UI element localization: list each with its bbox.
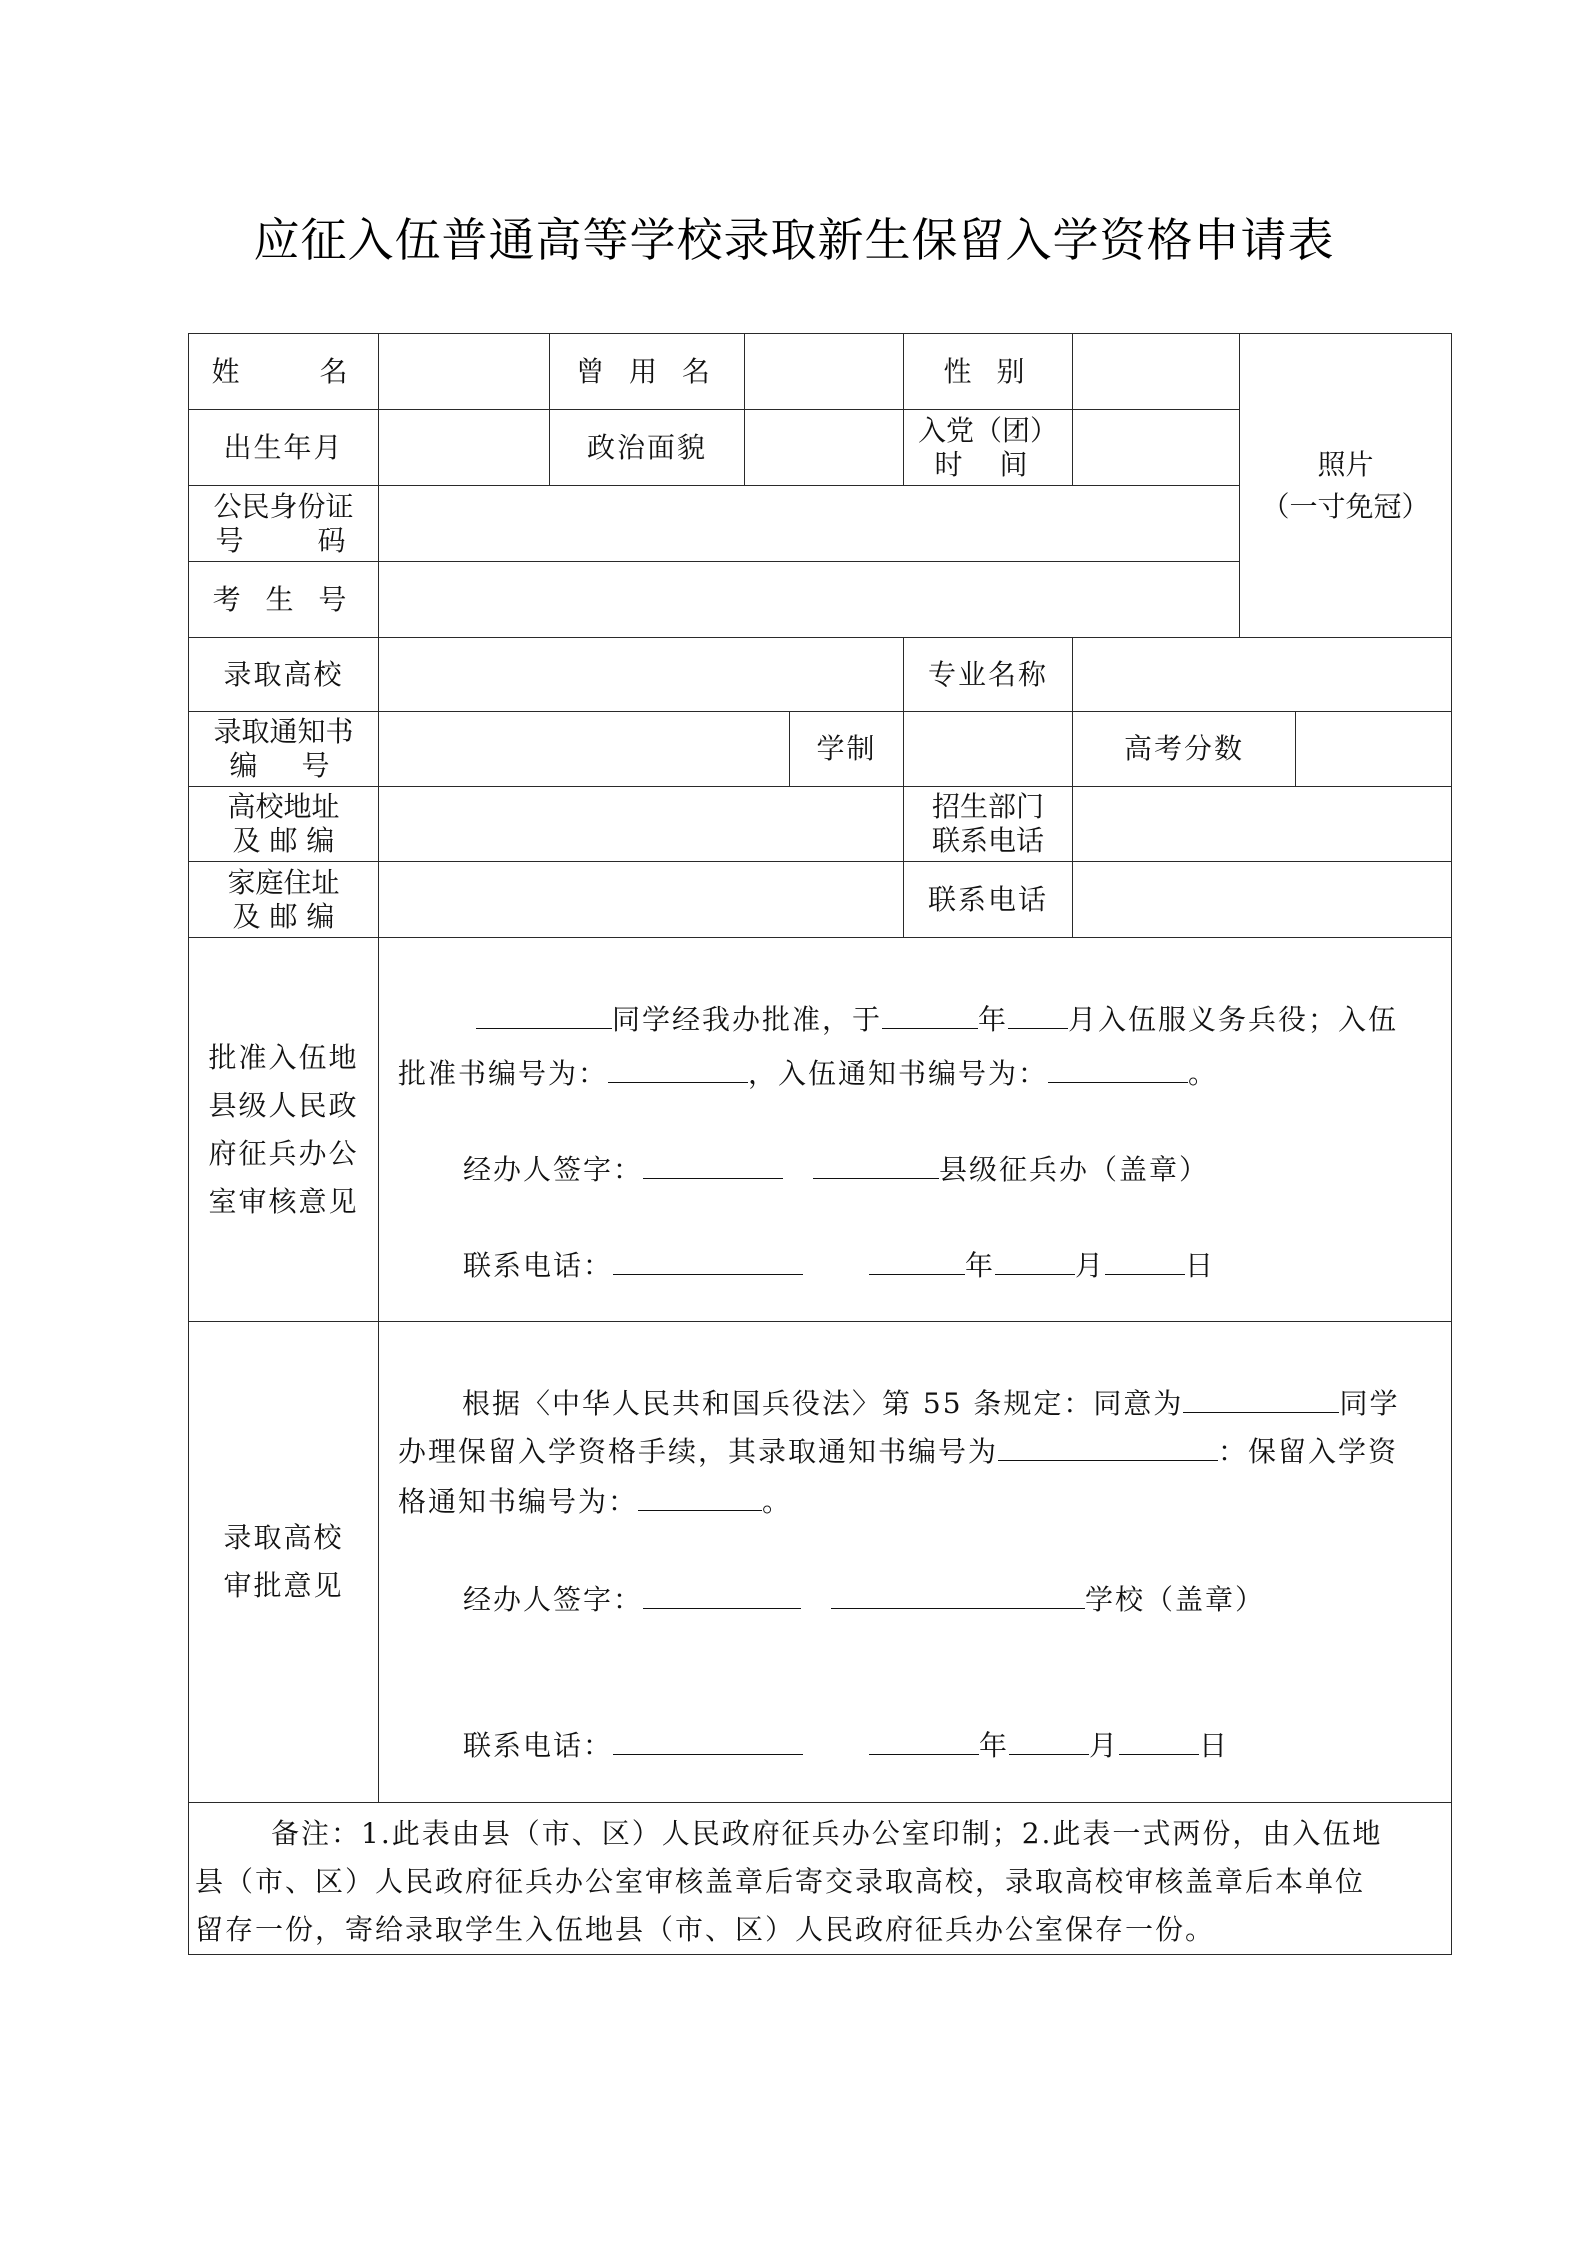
county-line-2: 批准书编号为：，入伍通知书编号为：。 xyxy=(398,1052,1218,1092)
photo-label: 照片 xyxy=(1317,448,1373,482)
political-status-field[interactable] xyxy=(744,409,904,486)
school-field[interactable] xyxy=(378,637,904,712)
county-day-blank[interactable] xyxy=(1105,1244,1185,1275)
admission-notice-number-blank[interactable] xyxy=(998,1430,1218,1461)
admission-phone-label: 招生部门 联系电话 xyxy=(903,786,1073,862)
school-month-blank[interactable] xyxy=(1009,1724,1089,1755)
notes-text: 备注：1.此表由县（市、区）人民政府征兵办公室印制；2.此表一式两份，由入伍地 … xyxy=(195,1810,1445,1954)
notes-line-2: 县（市、区）人民政府征兵办公室审核盖章后寄交录取高校，录取高校审核盖章后本单位 xyxy=(195,1858,1445,1906)
notes-line-3: 留存一份，寄给录取学生入伍地县（市、区）人民政府征兵办公室保存一份。 xyxy=(195,1906,1445,1954)
school-signer-blank[interactable] xyxy=(643,1578,801,1609)
school-year-blank[interactable] xyxy=(869,1724,979,1755)
school-label: 录取高校 xyxy=(188,637,379,712)
enlist-notice-number-blank[interactable] xyxy=(1048,1052,1188,1083)
enlist-year-blank[interactable] xyxy=(882,998,978,1029)
school-signature-line: 经办人签字：学校（盖章） xyxy=(463,1578,1265,1618)
approval-number-blank[interactable] xyxy=(608,1052,748,1083)
school-line-3: 格通知书编号为：。 xyxy=(398,1480,792,1520)
photo-box[interactable]: 照片 （一寸免冠） xyxy=(1239,333,1452,638)
retention-notice-number-blank[interactable] xyxy=(638,1480,762,1511)
id-number-field[interactable] xyxy=(378,485,1240,562)
birth-field[interactable] xyxy=(378,409,550,486)
county-office-blank[interactable] xyxy=(813,1148,939,1179)
home-address-label: 家庭住址 及 邮 编 xyxy=(188,861,379,938)
school-day-blank[interactable] xyxy=(1119,1724,1199,1755)
notice-number-field[interactable] xyxy=(378,711,790,787)
enlist-month-blank[interactable] xyxy=(1008,998,1068,1029)
duration-field[interactable] xyxy=(903,711,1073,787)
exam-number-label: 考 生 号 xyxy=(188,561,379,638)
county-approval-label: 批准入伍地 县级人民政 府征兵办公 室审核意见 xyxy=(188,937,379,1322)
name-label: 姓 名 xyxy=(188,333,379,410)
former-name-field[interactable] xyxy=(744,333,904,410)
school-phone-date-line: 联系电话：年月日 xyxy=(463,1724,1229,1764)
county-signer-blank[interactable] xyxy=(643,1148,783,1179)
photo-size-label: （一寸免冠） xyxy=(1261,490,1429,524)
school-line-1: 根据〈中华人民共和国兵役法〉第 55 条规定：同意为同学 xyxy=(462,1382,1399,1422)
admission-phone-field[interactable] xyxy=(1072,786,1452,862)
school-student-name-blank[interactable] xyxy=(1183,1382,1339,1413)
county-phone-blank[interactable] xyxy=(613,1244,803,1275)
exam-number-field[interactable] xyxy=(378,561,1240,638)
gender-label: 性 别 xyxy=(903,333,1073,410)
school-address-field[interactable] xyxy=(378,786,904,862)
form-title: 应征入伍普通高等学校录取新生保留入学资格申请表 xyxy=(0,204,1588,270)
id-number-label: 公民身份证 号 码 xyxy=(188,485,379,562)
score-label: 高考分数 xyxy=(1072,711,1296,787)
county-line-1: 同学经我办批准，于年月入伍服义务兵役；入伍 xyxy=(476,998,1398,1038)
school-approval-label: 录取高校 审批意见 xyxy=(188,1321,379,1803)
party-time-field[interactable] xyxy=(1072,409,1240,486)
gender-field[interactable] xyxy=(1072,333,1240,410)
political-status-label: 政治面貌 xyxy=(549,409,745,486)
phone-label: 联系电话 xyxy=(903,861,1073,938)
home-address-field[interactable] xyxy=(378,861,904,938)
school-phone-blank[interactable] xyxy=(613,1724,803,1755)
county-signature-line: 经办人签字：县级征兵办（盖章） xyxy=(463,1148,1209,1188)
notes-line-1: 备注：1.此表由县（市、区）人民政府征兵办公室印制；2.此表一式两份，由入伍地 xyxy=(195,1810,1445,1858)
major-field[interactable] xyxy=(1072,637,1452,712)
student-name-blank[interactable] xyxy=(476,998,612,1029)
school-name-blank[interactable] xyxy=(831,1578,1085,1609)
phone-field[interactable] xyxy=(1072,861,1452,938)
duration-label: 学制 xyxy=(789,711,904,787)
school-line-2: 办理保留入学资格手续，其录取通知书编号为：保留入学资 xyxy=(398,1430,1398,1470)
county-year-blank[interactable] xyxy=(869,1244,965,1275)
score-field[interactable] xyxy=(1295,711,1452,787)
school-address-label: 高校地址 及 邮 编 xyxy=(188,786,379,862)
county-phone-date-line: 联系电话：年月日 xyxy=(463,1244,1215,1284)
county-month-blank[interactable] xyxy=(995,1244,1075,1275)
major-label: 专业名称 xyxy=(903,637,1073,712)
former-name-label: 曾 用 名 xyxy=(549,333,745,410)
notice-number-label: 录取通知书 编 号 xyxy=(188,711,379,787)
party-time-label: 入党（团） 时 间 xyxy=(903,409,1073,486)
birth-label: 出生年月 xyxy=(188,409,379,486)
name-field[interactable] xyxy=(378,333,550,410)
